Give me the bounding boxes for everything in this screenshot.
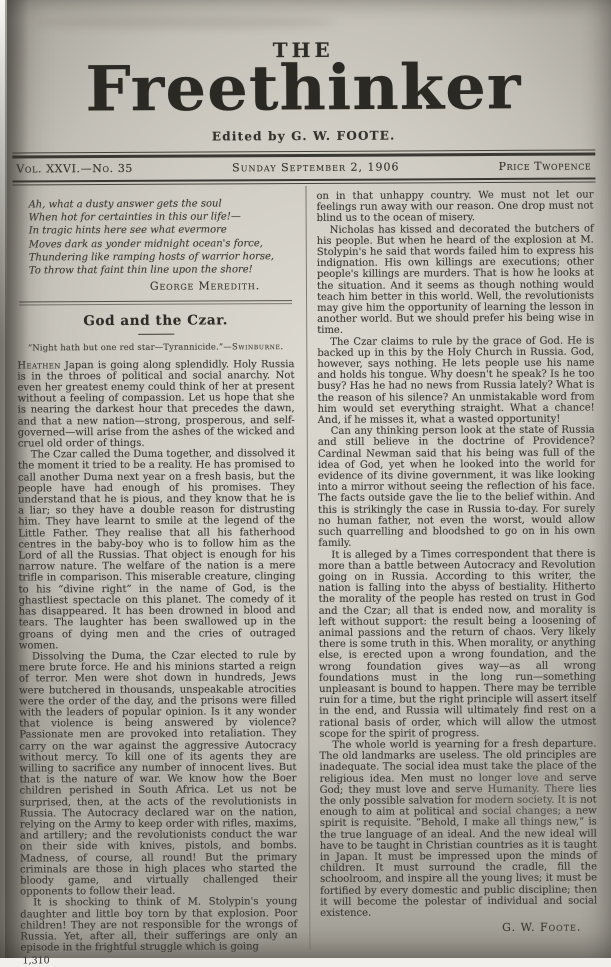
page-number: 1,310	[20, 954, 297, 958]
columns: Ah, what a dusty answer gets the soul Wh…	[0, 182, 611, 958]
dateline: Vol. XXVI.—No. 35 Sunday September 2, 19…	[0, 155, 609, 178]
issue-date: Sunday September 2, 1906	[232, 161, 399, 175]
volume-number: Vol. XXVI.—No. 35	[16, 162, 133, 176]
poem-line: In tragic hints here see what evermore	[29, 223, 294, 238]
poem-epigraph: Ah, what a dusty answer gets the soul Wh…	[16, 191, 294, 296]
scan-artifact-streak	[34, 16, 334, 29]
article-paragraph: It is shocking to think of M. Stolypin's…	[20, 896, 297, 953]
masthead-title: Freethinker	[0, 59, 609, 118]
article-epigraph: “Night hath but one red star—Tyrannicide…	[17, 341, 294, 352]
epigraph-text: “Night hath but one red star—Tyrannicide…	[28, 341, 232, 352]
article-paragraph: The Czar called the Duma together, and d…	[18, 448, 296, 651]
scanned-newspaper-page: THE Freethinker Edited by G. W. FOOTE. V…	[0, 0, 611, 958]
poem-attribution: George Meredith.	[29, 279, 294, 294]
price: Price Twopence	[499, 159, 592, 172]
poem-line: Ah, what a dusty answer gets the soul	[29, 197, 294, 212]
title-rule	[138, 333, 174, 334]
article-paragraph: on in that unhappy country. We must not …	[316, 189, 593, 224]
right-column: on in that unhappy country. We must not …	[304, 189, 597, 958]
article-paragraph: The Czar claims to rule by the grace of …	[317, 335, 594, 426]
poem-divider	[19, 300, 292, 305]
paragraph-text: Japan is going along splendidly. Holy Ru…	[17, 359, 294, 450]
poem-line: To throw that faint thin line upon the s…	[29, 263, 294, 278]
article-paragraph: Heathen Japan is going along splendidly.…	[17, 359, 294, 450]
article-paragraph: Nicholas has kissed and decorated the bu…	[317, 223, 595, 336]
poem-line: When hot for certainties in this our lif…	[29, 210, 294, 225]
article-paragraph: The whole world is yearning for a fresh …	[319, 738, 597, 919]
article-paragraph: Can any thinking person look at the stat…	[318, 425, 596, 550]
scan-artifact-spine-shadow	[5, 0, 29, 958]
article-paragraph: Dissolving the Duma, the Czar elected to…	[19, 650, 297, 898]
masthead-byline: Edited by G. W. FOOTE.	[0, 127, 609, 144]
article-title: God and the Czar.	[17, 315, 294, 328]
poem-line: Thundering like ramping hosts of warrior…	[29, 250, 294, 265]
article-paragraph: It is alleged by a Times correspondent t…	[318, 548, 596, 740]
scan-artifact-blotch	[463, 768, 583, 828]
epigraph-source: Swinburne.	[232, 341, 284, 351]
poem-line: Moves dark as yonder midnight ocean's fo…	[29, 237, 294, 252]
author-signature: G. W. Foote.	[320, 922, 597, 935]
left-column: Ah, what a dusty answer gets the soul Wh…	[16, 191, 308, 958]
